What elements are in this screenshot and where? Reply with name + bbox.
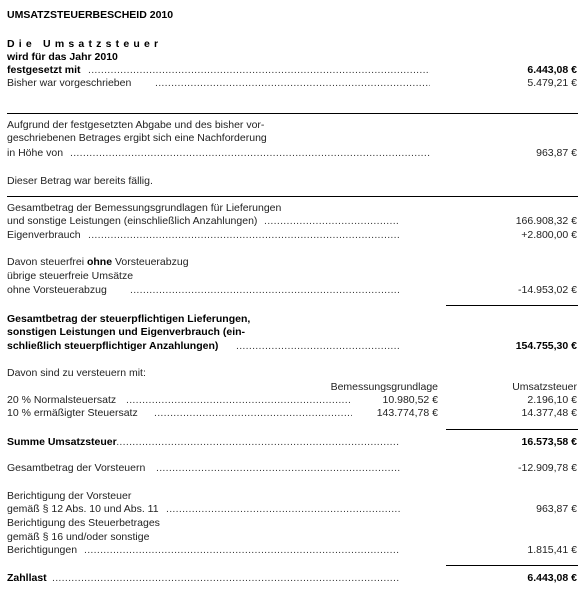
- divider: [7, 196, 578, 197]
- rate-row-label: 20 % Normalsteuersatz: [7, 394, 116, 406]
- summe-label: Summe Umsatzsteuer: [7, 436, 117, 448]
- bisher-label: Bisher war vorgeschrieben: [7, 77, 131, 89]
- steuerfrei-bold: ohne: [87, 256, 112, 268]
- zahllast-label: Zahllast: [7, 572, 47, 584]
- versteuern-intro: Davon sind zu versteuern mit:: [7, 367, 146, 379]
- berichtigung-line-1: Berichtigung der Vorsteuer: [7, 490, 131, 502]
- leader-dots: ........................................…: [130, 284, 400, 296]
- leader-dots: ........................................…: [264, 215, 400, 227]
- rate-row-tax: 2.196,10 €: [527, 394, 577, 406]
- leader-dots: ........................................…: [88, 64, 430, 76]
- berichtigung-line-2: gemäß § 12 Abs. 10 und Abs. 11: [7, 503, 159, 515]
- column-header-tax: Umsatzsteuer: [512, 381, 577, 393]
- bisher-amount: 5.479,21 €: [527, 77, 577, 89]
- steuerfrei-prefix: Davon steuerfrei: [7, 256, 87, 268]
- subtotal-divider: [446, 305, 578, 306]
- faellig-note: Dieser Betrag war bereits fällig.: [7, 175, 153, 187]
- steuerfrei-suffix: Vorsteuerabzug: [112, 256, 188, 268]
- summe-amount: 16.573,58 €: [522, 436, 577, 448]
- rate-row-label: 10 % ermäßigter Steuersatz: [7, 407, 138, 419]
- nachforderung-line-2: geschriebenen Betrages ergibt sich eine …: [7, 132, 267, 144]
- vorsteuern-amount: -12.909,78 €: [518, 462, 577, 474]
- uebrige-label: übrige steuerfreie Umsätze: [7, 270, 133, 282]
- leader-dots: ........................................…: [166, 503, 400, 515]
- festgesetzt-amount: 6.443,08 €: [527, 64, 577, 76]
- leader-dots: ........................................…: [84, 544, 400, 556]
- header-line-2: wird für das Jahr 2010: [7, 51, 118, 63]
- berichtigung-line-5: Berichtigungen: [7, 544, 77, 556]
- leader-dots: ........................................…: [113, 436, 400, 448]
- leader-dots: ........................................…: [155, 77, 430, 89]
- steuerpflichtig-line-2: sonstigen Leistungen und Eigenverbrauch …: [7, 326, 245, 338]
- rate-row-base: 10.980,52 €: [383, 394, 438, 406]
- steuerpflichtig-line-3: schließlich steuerpflichtiger Anzahlunge…: [7, 340, 218, 352]
- eigenverbrauch-label: Eigenverbrauch: [7, 229, 81, 241]
- berichtigung-line-3: Berichtigung des Steuerbetrages: [7, 517, 160, 529]
- steuerfrei-heading: Davon steuerfrei ohne Vorsteuerabzug: [7, 256, 189, 268]
- rate-row-tax: 14.377,48 €: [522, 407, 577, 419]
- festgesetzt-label: festgesetzt mit: [7, 64, 81, 76]
- nachforderung-amount: 963,87 €: [536, 147, 577, 159]
- nachforderung-line-1: Aufgrund der festgesetzten Abgabe und de…: [7, 119, 264, 131]
- ohne-vorsteuerabzug-label: ohne Vorsteuerabzug: [7, 284, 107, 296]
- bemessung-line-2: und sonstige Leistungen (einschließlich …: [7, 215, 257, 227]
- subtotal-divider: [446, 565, 578, 566]
- vorsteuern-label: Gesamtbetrag der Vorsteuern: [7, 462, 145, 474]
- column-header-base: Bemessungsgrundlage: [331, 381, 438, 393]
- leader-dots: ........................................…: [88, 229, 400, 241]
- subtotal-divider: [446, 429, 578, 430]
- zahllast-amount: 6.443,08 €: [527, 572, 577, 584]
- document-title: UMSATZSTEUERBESCHEID 2010: [7, 9, 173, 21]
- ohne-vorsteuerabzug-amount: -14.953,02 €: [518, 284, 577, 296]
- leader-dots: ........................................…: [70, 147, 430, 159]
- steuerpflichtig-amount: 154.755,30 €: [516, 340, 577, 352]
- bemessung-line-1: Gesamtbetrag der Bemessungsgrundlagen fü…: [7, 202, 281, 214]
- rate-row-base: 143.774,78 €: [377, 407, 438, 419]
- bemessung-amount: 166.908,32 €: [516, 215, 577, 227]
- leader-dots: ........................................…: [52, 572, 400, 584]
- header-line-1: Die Umsatzsteuer: [7, 38, 162, 50]
- berichtigung-amount-2: 1.815,41 €: [527, 544, 577, 556]
- nachforderung-line-3: in Höhe von: [7, 147, 63, 159]
- berichtigung-line-4: gemäß § 16 und/oder sonstige: [7, 531, 149, 543]
- leader-dots: ........................................…: [154, 407, 352, 419]
- leader-dots: ........................................…: [236, 340, 400, 352]
- steuerpflichtig-line-1: Gesamtbetrag der steuerpflichtigen Liefe…: [7, 313, 250, 325]
- berichtigung-amount-1: 963,87 €: [536, 503, 577, 515]
- leader-dots: ........................................…: [126, 394, 352, 406]
- divider: [7, 113, 578, 114]
- leader-dots: ........................................…: [156, 462, 400, 474]
- eigenverbrauch-amount: +2.800,00 €: [521, 229, 577, 241]
